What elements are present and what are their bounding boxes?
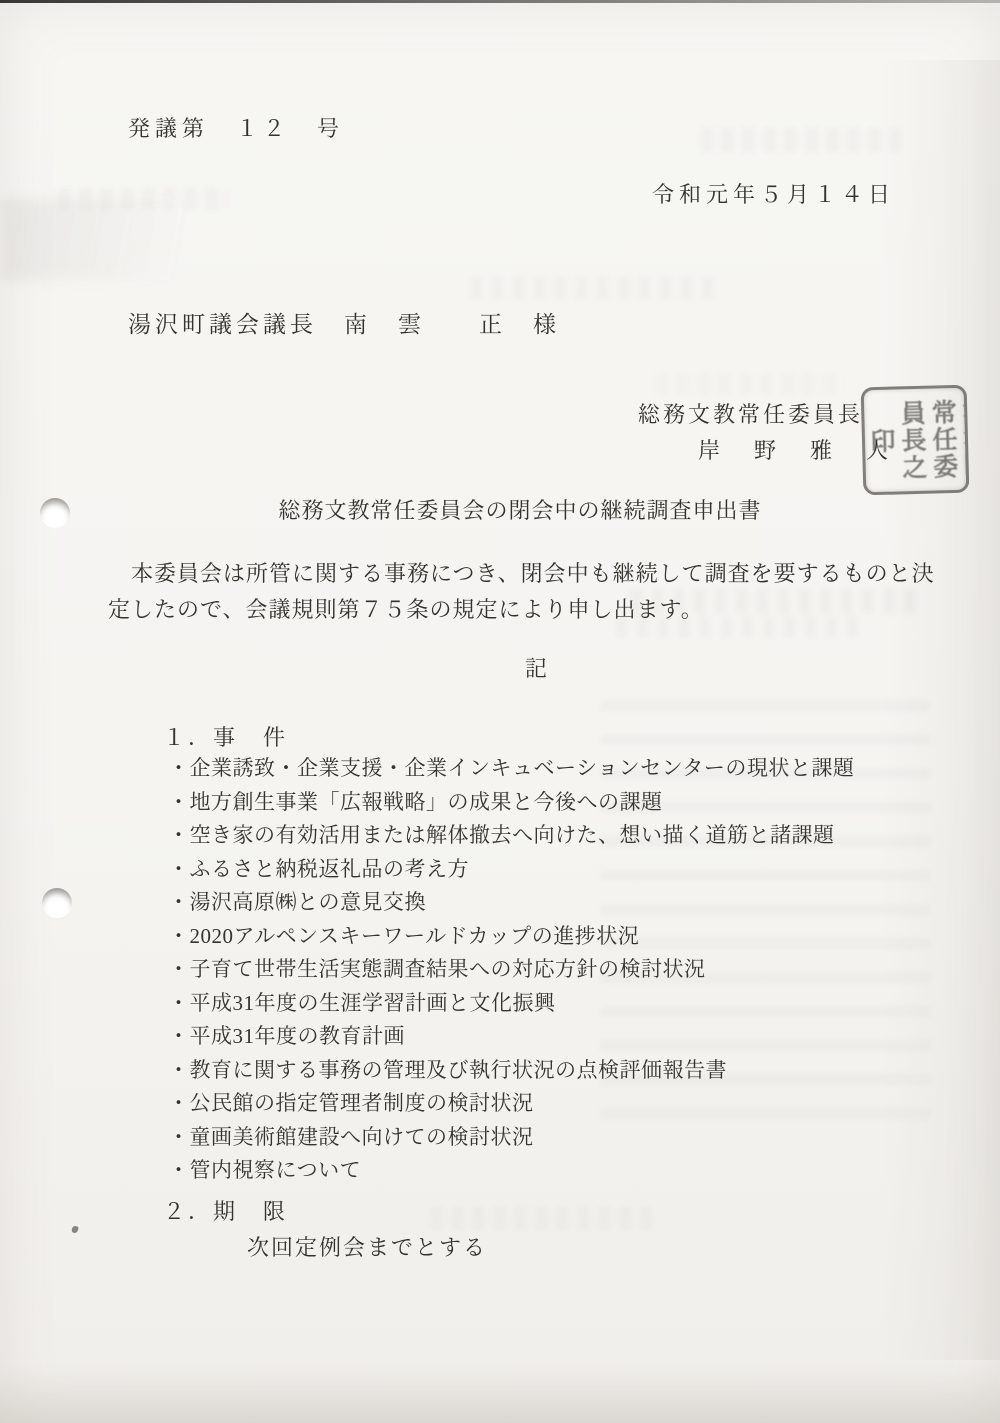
body-paragraph: 本委員会は所管に関する事務につき、閉会中も継続して調査を要するものと決定したので… [108, 556, 948, 627]
document-date: 令和元年５月１４日 [652, 178, 895, 209]
bleedthrough-smudge [430, 1206, 660, 1230]
bleedthrough-smudge [470, 276, 720, 300]
case-item: ・平成31年度の生涯学習計画と文化振興 [168, 987, 854, 1021]
case-item: ・教育に関する事務の管理及び執行状況の点検評価報告書 [168, 1054, 854, 1088]
case-item: ・平成31年度の教育計画 [168, 1020, 854, 1054]
scan-edge-line [0, 0, 1000, 3]
document-number: 発議第 １２ 号 [128, 112, 344, 143]
punch-hole [42, 888, 72, 918]
paper-bottom-shadow [0, 1363, 1000, 1423]
seal-text: 湯沢町常任委員長之印 [864, 387, 970, 489]
document-title: 総務文教常任委員会の閉会中の継続調査申出書 [0, 494, 1000, 525]
ink-speck [71, 1225, 79, 1234]
case-item: ・2020アルペンスキーワールドカップの進捗状況 [168, 920, 854, 954]
bleedthrough-smudge [655, 372, 845, 396]
case-item: ・子育て世帯生活実態調査結果への対応方針の検討状況 [168, 953, 854, 987]
section1-heading: １．事 件 [163, 721, 288, 752]
paper-crease-shadow [0, 200, 260, 280]
section2-heading: ２．期 限 [163, 1195, 288, 1226]
case-item: ・管内視察について [168, 1154, 854, 1188]
committee-chair-seal-stamp: 湯沢町常任委員長之印 [861, 385, 970, 496]
case-item: ・童画美術館建設へ向けての検討状況 [168, 1121, 854, 1155]
case-item-list: ・企業誘致・企業支援・企業インキュベーションセンターの現状と課題・地方創生事業「… [168, 752, 854, 1188]
sender-title: 総務文教常任委員長 [638, 398, 863, 429]
section2-value: 次回定例会までとする [247, 1231, 487, 1262]
case-item: ・湯沢高原㈱との意見交換 [168, 886, 854, 920]
case-item: ・ふるさと納税返礼品の考え方 [168, 853, 854, 887]
bleedthrough-smudge [700, 128, 900, 152]
case-item: ・地方創生事業「広報戦略」の成果と今後への課題 [168, 786, 854, 820]
scanned-document-page: 発議第 １２ 号 令和元年５月１４日 湯沢町議会議長 南 雲 正 様 総務文教常… [0, 0, 1000, 1423]
list-marker-ki: 記 [0, 652, 1000, 683]
case-item: ・公民館の指定管理者制度の検討状況 [168, 1087, 854, 1121]
addressee-line: 湯沢町議会議長 南 雲 正 様 [128, 306, 560, 339]
paper-edge-shadow [880, 60, 1000, 1360]
case-item: ・空き家の有効活用または解体撤去へ向けた、想い描く道筋と諸課題 [168, 819, 854, 853]
case-item: ・企業誘致・企業支援・企業インキュベーションセンターの現状と課題 [168, 752, 854, 786]
